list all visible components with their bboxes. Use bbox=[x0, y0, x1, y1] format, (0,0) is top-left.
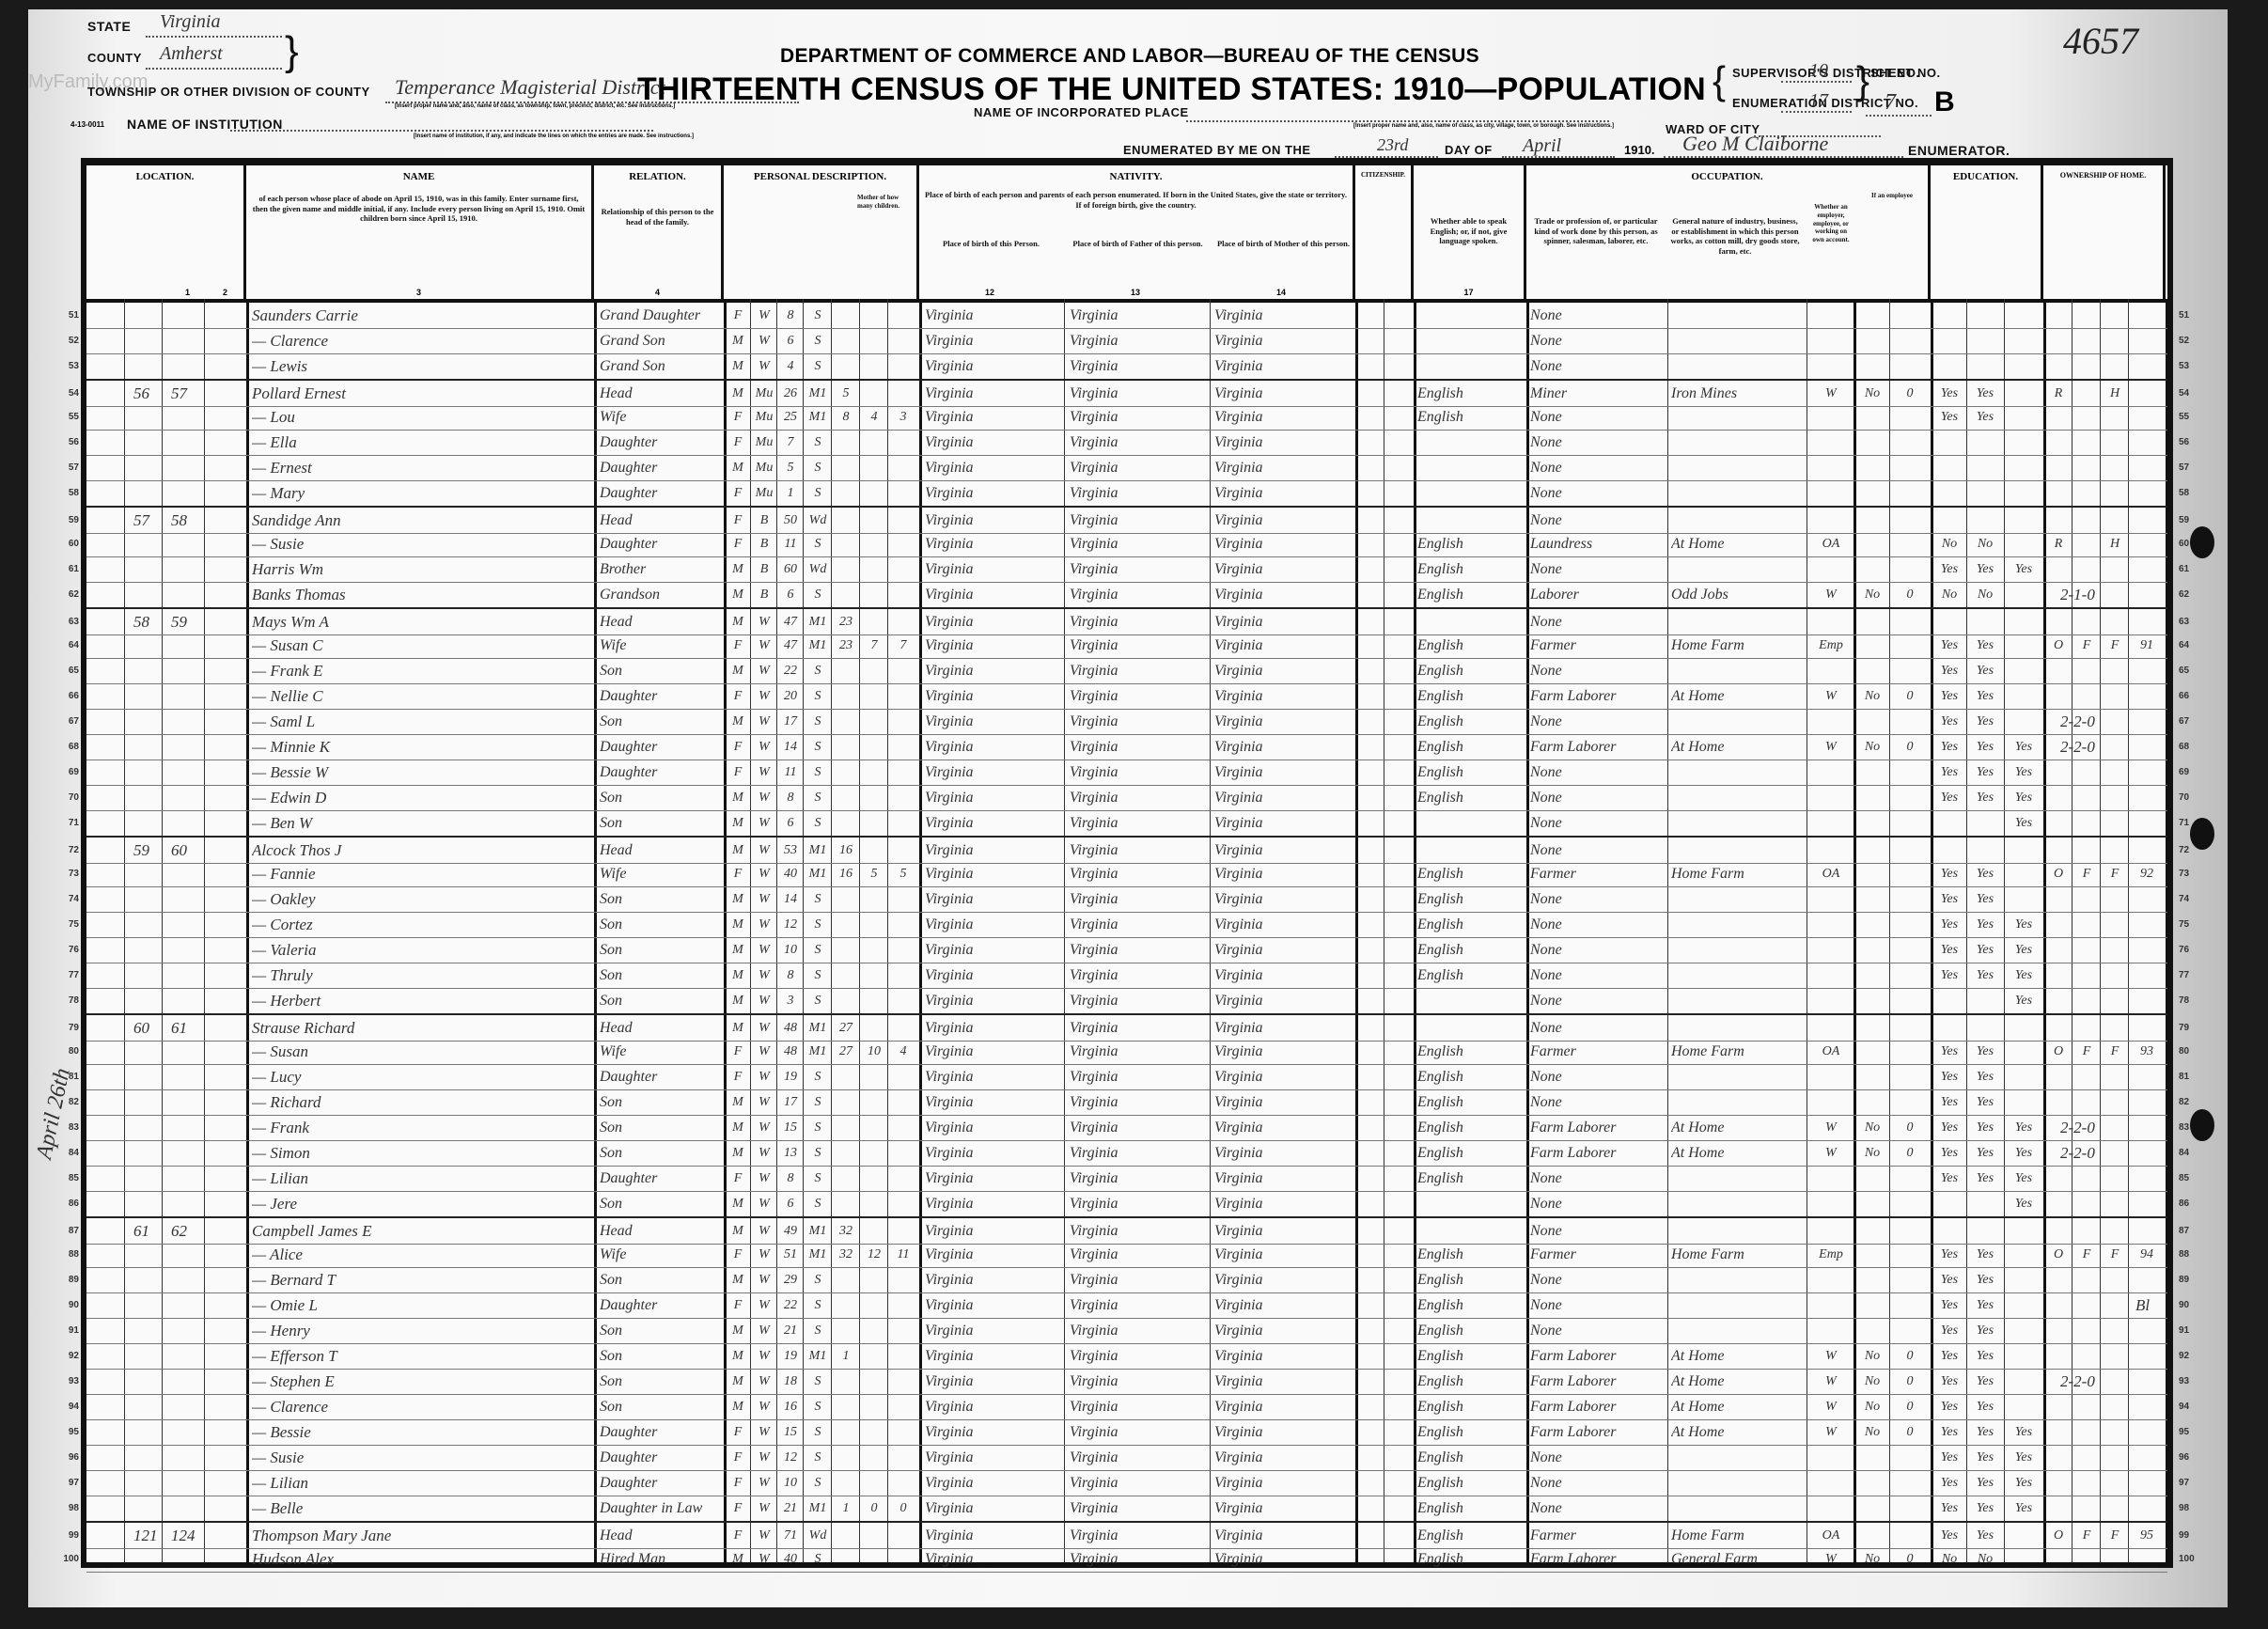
cell-write: Yes bbox=[1968, 1345, 2002, 1367]
cell-name: — Mary bbox=[252, 482, 590, 504]
cell-sex: M bbox=[726, 711, 750, 732]
cell-bp: Virginia bbox=[925, 1244, 1061, 1265]
cell-bp: Virginia bbox=[925, 1525, 1061, 1546]
cell-name: — Lilian bbox=[252, 1167, 590, 1189]
cell-name: — Valeria bbox=[252, 939, 590, 961]
cell-fam: 124 bbox=[171, 1525, 201, 1546]
table-row: 79796061Strause RichardHeadMW48M127Virgi… bbox=[86, 1013, 2167, 1042]
cell-read: Yes bbox=[1932, 1345, 1966, 1367]
cell-emp: OA bbox=[1810, 863, 1852, 885]
cell-rel: Head bbox=[600, 611, 722, 633]
cell-sex: M bbox=[726, 1269, 750, 1291]
line-number-right: 62 bbox=[2179, 582, 2213, 607]
cell-rel: Son bbox=[600, 1371, 722, 1392]
cell-fbp: Virginia bbox=[1070, 888, 1206, 910]
cell-lang: English bbox=[1417, 761, 1525, 783]
cell-name: — Omie L bbox=[252, 1294, 590, 1316]
cell-write: Yes bbox=[1968, 787, 2002, 808]
cell-ms: S bbox=[805, 1320, 831, 1341]
cell-write: Yes bbox=[1968, 888, 2002, 910]
cell-born: 7 bbox=[861, 634, 887, 656]
cell-mbp: Virginia bbox=[1214, 939, 1351, 961]
cell-race: W bbox=[752, 1269, 776, 1291]
cell-rel: Son bbox=[600, 660, 722, 681]
line-number: 76 bbox=[45, 937, 79, 963]
cell-write: Yes bbox=[1968, 1320, 2002, 1341]
cell-name: — Simon bbox=[252, 1142, 590, 1164]
cell-sex: M bbox=[726, 611, 750, 633]
cell-fbp: Virginia bbox=[1070, 863, 1206, 885]
cell-race: W bbox=[752, 1294, 776, 1316]
cell-school: Yes bbox=[2006, 939, 2041, 961]
cell-bp: Virginia bbox=[925, 1066, 1061, 1088]
cell-write: Yes bbox=[1968, 660, 2002, 681]
cell-age: 49 bbox=[778, 1220, 803, 1242]
cell-mbp: Virginia bbox=[1214, 1066, 1351, 1088]
cell-fbp: Virginia bbox=[1070, 1269, 1206, 1291]
cell-yrs: 27 bbox=[833, 1017, 859, 1039]
cell-lang: English bbox=[1417, 1167, 1525, 1189]
cell-race: W bbox=[752, 1017, 776, 1039]
cell-write: Yes bbox=[1968, 863, 2002, 885]
cell-mbp: Virginia bbox=[1214, 1017, 1351, 1039]
cell-trade: Farmer bbox=[1530, 1041, 1666, 1062]
cell-trade: Farm Laborer bbox=[1530, 1371, 1666, 1392]
cell-trade: None bbox=[1530, 509, 1666, 531]
cell-trade: None bbox=[1530, 305, 1666, 326]
location-header: LOCATION. 1 2 bbox=[86, 165, 246, 299]
table-row: 63635859Mays Wm AHeadMW47M123VirginiaVir… bbox=[86, 607, 2167, 635]
cell-bp: Virginia bbox=[925, 406, 1061, 428]
cell-sex: F bbox=[726, 1294, 750, 1316]
cell-sex: F bbox=[726, 305, 750, 326]
cell-fbp: Virginia bbox=[1070, 787, 1206, 808]
cell-mbp: Virginia bbox=[1214, 1421, 1351, 1443]
cell-lang: English bbox=[1417, 1371, 1525, 1392]
education-header: EDUCATION. bbox=[1931, 165, 2043, 299]
cell-sex: F bbox=[726, 1066, 750, 1088]
line-number-right: 87 bbox=[2179, 1218, 2213, 1244]
cell-age: 6 bbox=[778, 330, 803, 352]
cell-own: O bbox=[2045, 1041, 2072, 1062]
table-row: 5151Saunders CarrieGrand DaughterFW8SVir… bbox=[86, 303, 2167, 329]
line-number: 80 bbox=[45, 1039, 79, 1064]
cell-dw: 61 bbox=[133, 1220, 162, 1242]
cell-ms: S bbox=[805, 1396, 831, 1418]
cell-emp: W bbox=[1810, 736, 1852, 758]
cell-read: Yes bbox=[1932, 1167, 1966, 1189]
cell-ind: At Home bbox=[1671, 1345, 1805, 1367]
cell-school: Yes bbox=[2006, 787, 2041, 808]
line-number: 85 bbox=[45, 1166, 79, 1191]
line-number-right: 85 bbox=[2179, 1166, 2213, 1191]
cell-ms: M1 bbox=[805, 839, 831, 861]
cell-sex: M bbox=[726, 584, 750, 605]
cell-sex: M bbox=[726, 1345, 750, 1367]
cell-write: Yes bbox=[1968, 1269, 2002, 1291]
cell-ind: At Home bbox=[1671, 1371, 1805, 1392]
cell-race: Mu bbox=[752, 482, 776, 504]
cell-out: No bbox=[1855, 1396, 1889, 1418]
table-row: 7373— FannieWifeFW40M11655VirginiaVirgin… bbox=[86, 861, 2167, 887]
cell-write: Yes bbox=[1968, 1041, 2002, 1062]
cell-ms: S bbox=[805, 685, 831, 707]
township-label: TOWNSHIP OR OTHER DIVISION OF COUNTY bbox=[87, 85, 370, 99]
cell-out: No bbox=[1855, 383, 1889, 404]
table-row: 5353— LewisGrand SonMW4SVirginiaVirginia… bbox=[86, 353, 2167, 380]
cell-fbp: Virginia bbox=[1070, 1345, 1206, 1367]
cell-x1: 2-2-0 bbox=[2060, 1117, 2164, 1138]
cell-sex: F bbox=[726, 1447, 750, 1468]
cell-free: F bbox=[2073, 1525, 2100, 1546]
cell-age: 10 bbox=[778, 1472, 803, 1494]
cell-read: Yes bbox=[1932, 964, 1966, 986]
cell-school: Yes bbox=[2006, 1142, 2041, 1164]
cell-yrs: 16 bbox=[833, 839, 859, 861]
cell-rel: Son bbox=[600, 711, 722, 732]
cell-ind: Home Farm bbox=[1671, 1244, 1805, 1265]
cell-name: — Belle bbox=[252, 1497, 590, 1519]
cell-mbp: Virginia bbox=[1214, 584, 1351, 605]
table-row: 8181— LucyDaughterFW19SVirginiaVirginiaV… bbox=[86, 1064, 2167, 1090]
table-row: 6161Harris WmBrotherMB60WdVirginiaVirgin… bbox=[86, 556, 2167, 583]
cell-race: W bbox=[752, 1066, 776, 1088]
cell-age: 19 bbox=[778, 1066, 803, 1088]
cell-ind: At Home bbox=[1671, 1421, 1805, 1443]
cell-rel: Wife bbox=[600, 863, 722, 885]
cell-trade: None bbox=[1530, 1472, 1666, 1494]
cell-age: 25 bbox=[778, 406, 803, 428]
cell-bp: Virginia bbox=[925, 533, 1061, 555]
cell-bp: Virginia bbox=[925, 761, 1061, 783]
cell-ms: M1 bbox=[805, 1345, 831, 1367]
cell-trade: None bbox=[1530, 1091, 1666, 1113]
cell-bp: Virginia bbox=[925, 1220, 1061, 1242]
cell-name: Harris Wm bbox=[252, 558, 590, 580]
cell-rel: Son bbox=[600, 1193, 722, 1214]
cell-sex: M bbox=[726, 990, 750, 1011]
cell-race: W bbox=[752, 1091, 776, 1113]
cell-name: — Efferson T bbox=[252, 1345, 590, 1367]
cell-write: Yes bbox=[1968, 939, 2002, 961]
table-row: 6767— Saml LSonMW17SVirginiaVirginiaVirg… bbox=[86, 709, 2167, 735]
line-number: 91 bbox=[45, 1318, 79, 1343]
cell-farm: F bbox=[2102, 1041, 2128, 1062]
cell-mbp: Virginia bbox=[1214, 305, 1351, 326]
cell-rel: Daughter bbox=[600, 736, 722, 758]
cell-ms: S bbox=[805, 660, 831, 681]
cell-race: B bbox=[752, 584, 776, 605]
cell-read: Yes bbox=[1932, 939, 1966, 961]
cell-trade: Farm Laborer bbox=[1530, 1421, 1666, 1443]
cell-age: 20 bbox=[778, 685, 803, 707]
cell-lang: English bbox=[1417, 914, 1525, 935]
cell-ms: S bbox=[805, 964, 831, 986]
table-row: 9898— BelleDaughter in LawFW21M1100Virgi… bbox=[86, 1496, 2167, 1522]
cell-bp: Virginia bbox=[925, 1497, 1061, 1519]
cell-race: W bbox=[752, 863, 776, 885]
cell-name: — Saml L bbox=[252, 711, 590, 732]
cell-ms: S bbox=[805, 1548, 831, 1570]
line-number-right: 96 bbox=[2179, 1445, 2213, 1470]
cell-living: 4 bbox=[889, 1041, 917, 1062]
cell-age: 6 bbox=[778, 1193, 803, 1214]
cell-fbp: Virginia bbox=[1070, 939, 1206, 961]
cell-bp: Virginia bbox=[925, 711, 1061, 732]
cell-sched: 95 bbox=[2130, 1525, 2164, 1546]
cell-ind: Iron Mines bbox=[1671, 383, 1805, 404]
cell-trade: None bbox=[1530, 914, 1666, 935]
personal-header: PERSONAL DESCRIPTION. Mother of how many… bbox=[724, 165, 919, 299]
cell-mbp: Virginia bbox=[1214, 964, 1351, 986]
line-number: 88 bbox=[45, 1242, 79, 1267]
cell-name: — Oakley bbox=[252, 888, 590, 910]
cell-ms: M1 bbox=[805, 383, 831, 404]
cell-trade: Farm Laborer bbox=[1530, 1345, 1666, 1367]
cell-lang: English bbox=[1417, 939, 1525, 961]
line-number: 59 bbox=[45, 508, 79, 533]
cell-fbp: Virginia bbox=[1070, 1294, 1206, 1316]
table-row: 8383— FrankSonMW15SVirginiaVirginiaVirgi… bbox=[86, 1115, 2167, 1141]
cell-ms: S bbox=[805, 888, 831, 910]
punch-hole bbox=[2190, 1109, 2214, 1141]
cell-race: W bbox=[752, 888, 776, 910]
cell-bp: Virginia bbox=[925, 1472, 1061, 1494]
line-number-right: 68 bbox=[2179, 734, 2213, 760]
cell-read: Yes bbox=[1932, 1497, 1966, 1519]
cell-ms: S bbox=[805, 533, 831, 555]
incorporated-label: NAME OF INCORPORATED PLACE bbox=[974, 105, 1189, 119]
cell-wks: 0 bbox=[1891, 1548, 1929, 1570]
line-number: 75 bbox=[45, 912, 79, 937]
line-number: 64 bbox=[45, 633, 79, 658]
cell-x1: 2-2-0 bbox=[2060, 736, 2164, 758]
cell-rel: Son bbox=[600, 1320, 722, 1341]
cell-race: W bbox=[752, 736, 776, 758]
enumerated-label: ENUMERATED BY ME ON THE bbox=[1123, 143, 1311, 157]
cell-fbp: Virginia bbox=[1070, 839, 1206, 861]
line-number-right: 93 bbox=[2179, 1369, 2213, 1394]
ward-label: WARD OF CITY bbox=[1666, 122, 1760, 136]
cell-read: Yes bbox=[1932, 1525, 1966, 1546]
line-number-right: 90 bbox=[2179, 1292, 2213, 1318]
cell-bp: Virginia bbox=[925, 634, 1061, 656]
cell-farm: H bbox=[2102, 383, 2128, 404]
cell-age: 11 bbox=[778, 533, 803, 555]
line-number-right: 86 bbox=[2179, 1191, 2213, 1216]
line-number: 87 bbox=[45, 1218, 79, 1244]
cell-lang: English bbox=[1417, 1117, 1525, 1138]
cell-trade: None bbox=[1530, 482, 1666, 504]
cell-race: B bbox=[752, 509, 776, 531]
cell-age: 71 bbox=[778, 1525, 803, 1546]
cell-mbp: Virginia bbox=[1214, 1345, 1351, 1367]
cell-emp: W bbox=[1810, 584, 1852, 605]
cell-lang: English bbox=[1417, 1472, 1525, 1494]
cell-write: Yes bbox=[1968, 1396, 2002, 1418]
cell-race: W bbox=[752, 660, 776, 681]
cell-rel: Son bbox=[600, 787, 722, 808]
cell-bp: Virginia bbox=[925, 1320, 1061, 1341]
cell-own: O bbox=[2045, 863, 2072, 885]
table-row: 5858— MaryDaughterFMu1SVirginiaVirginiaV… bbox=[86, 480, 2167, 507]
cell-trade: Farm Laborer bbox=[1530, 1117, 1666, 1138]
cell-trade: Miner bbox=[1530, 383, 1666, 404]
table-row: 87876162Campbell James EHeadMW49M132Virg… bbox=[86, 1216, 2167, 1245]
cell-rel: Grandson bbox=[600, 584, 722, 605]
cell-name: — Minnie K bbox=[252, 736, 590, 758]
cell-sex: F bbox=[726, 1421, 750, 1443]
cell-name: — Clarence bbox=[252, 330, 590, 352]
line-number: 81 bbox=[45, 1064, 79, 1089]
cell-age: 22 bbox=[778, 660, 803, 681]
cell-read: Yes bbox=[1932, 787, 1966, 808]
line-number-right: 78 bbox=[2179, 988, 2213, 1013]
cell-bp: Virginia bbox=[925, 1447, 1061, 1468]
cell-sex: F bbox=[726, 509, 750, 531]
cell-sched: 92 bbox=[2130, 863, 2164, 885]
line-number: 86 bbox=[45, 1191, 79, 1216]
cell-lang: English bbox=[1417, 1345, 1525, 1367]
cell-read: Yes bbox=[1932, 914, 1966, 935]
line-number: 89 bbox=[45, 1267, 79, 1292]
cell-name: — Jere bbox=[252, 1193, 590, 1214]
table-row: 72725960Alcock Thos JHeadMW53M116Virgini… bbox=[86, 836, 2167, 864]
cell-lang: English bbox=[1417, 1142, 1525, 1164]
cell-write: Yes bbox=[1968, 1244, 2002, 1265]
cell-out: No bbox=[1855, 1117, 1889, 1138]
cell-ms: S bbox=[805, 355, 831, 377]
cell-race: W bbox=[752, 330, 776, 352]
cell-age: 1 bbox=[778, 482, 803, 504]
cell-ms: S bbox=[805, 736, 831, 758]
cell-ms: S bbox=[805, 482, 831, 504]
cell-trade: Laundress bbox=[1530, 533, 1666, 555]
cell-read: No bbox=[1932, 1548, 1966, 1570]
cell-sex: F bbox=[726, 685, 750, 707]
cell-race: W bbox=[752, 1220, 776, 1242]
table-row: 8888— AliceWifeFW51M1321211VirginiaVirgi… bbox=[86, 1242, 2167, 1268]
cell-fbp: Virginia bbox=[1070, 736, 1206, 758]
cell-mbp: Virginia bbox=[1214, 1472, 1351, 1494]
cell-trade: None bbox=[1530, 457, 1666, 478]
cell-out: No bbox=[1855, 584, 1889, 605]
line-number-right: 67 bbox=[2179, 709, 2213, 734]
cell-race: W bbox=[752, 1345, 776, 1367]
cell-sex: F bbox=[726, 1041, 750, 1062]
cell-sex: M bbox=[726, 1396, 750, 1418]
line-number-right: 97 bbox=[2179, 1470, 2213, 1496]
cell-bp: Virginia bbox=[925, 1117, 1061, 1138]
cell-race: W bbox=[752, 1244, 776, 1265]
cell-lang: English bbox=[1417, 1447, 1525, 1468]
cell-trade: None bbox=[1530, 1167, 1666, 1189]
cell-free: F bbox=[2073, 1041, 2100, 1062]
cell-mbp: Virginia bbox=[1214, 1525, 1351, 1546]
cell-name: — Bessie W bbox=[252, 761, 590, 783]
line-number: 60 bbox=[45, 531, 79, 556]
cell-name: — Nellie C bbox=[252, 685, 590, 707]
cell-lang: English bbox=[1417, 1091, 1525, 1113]
cell-own: O bbox=[2045, 1525, 2072, 1546]
cell-bp: Virginia bbox=[925, 839, 1061, 861]
cell-name: Campbell James E bbox=[252, 1220, 590, 1242]
cell-read: Yes bbox=[1932, 711, 1966, 732]
cell-bp: Virginia bbox=[925, 1142, 1061, 1164]
cell-race: W bbox=[752, 1421, 776, 1443]
line-number-right: 99 bbox=[2179, 1523, 2213, 1548]
table-row: 100100Hudson AlexHired ManMW40SVirginiaV… bbox=[86, 1546, 2167, 1573]
cell-read: Yes bbox=[1932, 1269, 1966, 1291]
table-row: 8282— RichardSonMW17SVirginiaVirginiaVir… bbox=[86, 1089, 2167, 1116]
cell-farm: F bbox=[2102, 634, 2128, 656]
cell-mbp: Virginia bbox=[1214, 1220, 1351, 1242]
cell-school: Yes bbox=[2006, 1472, 2041, 1494]
cell-trade: None bbox=[1530, 1269, 1666, 1291]
cell-race: W bbox=[752, 355, 776, 377]
cell-mbp: Virginia bbox=[1214, 685, 1351, 707]
line-number: 82 bbox=[45, 1089, 79, 1115]
cell-own: R bbox=[2045, 383, 2072, 404]
cell-out: No bbox=[1855, 1548, 1889, 1570]
cell-bp: Virginia bbox=[925, 1294, 1061, 1316]
cell-race: B bbox=[752, 558, 776, 580]
form-code: 4-13-0011 bbox=[70, 120, 104, 129]
cell-x1: 2-2-0 bbox=[2060, 1142, 2164, 1164]
cell-fbp: Virginia bbox=[1070, 305, 1206, 326]
cell-trade: None bbox=[1530, 888, 1666, 910]
line-number-right: 95 bbox=[2179, 1419, 2213, 1445]
cell-race: Mu bbox=[752, 406, 776, 428]
cell-bp: Virginia bbox=[925, 509, 1061, 531]
day-of-label: DAY OF bbox=[1445, 143, 1493, 157]
cell-sched: 94 bbox=[2130, 1244, 2164, 1265]
cell-wks: 0 bbox=[1891, 736, 1929, 758]
cell-rel: Son bbox=[600, 812, 722, 834]
cell-name: — Lucy bbox=[252, 1066, 590, 1088]
cell-fbp: Virginia bbox=[1070, 914, 1206, 935]
cell-wks: 0 bbox=[1891, 1117, 1929, 1138]
cell-rel: Head bbox=[600, 1017, 722, 1039]
cell-sex: M bbox=[726, 1017, 750, 1039]
cell-trade: None bbox=[1530, 1294, 1666, 1316]
cell-fbp: Virginia bbox=[1070, 1320, 1206, 1341]
cell-born: 12 bbox=[861, 1244, 887, 1265]
cell-write: Yes bbox=[1968, 1371, 2002, 1392]
name-header: NAME of each person whose place of abode… bbox=[246, 165, 594, 299]
line-number-right: 77 bbox=[2179, 963, 2213, 988]
cell-fbp: Virginia bbox=[1070, 634, 1206, 656]
cell-rel: Wife bbox=[600, 1244, 722, 1265]
cell-read: Yes bbox=[1932, 1142, 1966, 1164]
cell-yrs: 16 bbox=[833, 863, 859, 885]
cell-yrs: 23 bbox=[833, 634, 859, 656]
cell-sex: F bbox=[726, 1167, 750, 1189]
cell-bp: Virginia bbox=[925, 863, 1061, 885]
cell-dw: 60 bbox=[133, 1017, 162, 1039]
cell-own: O bbox=[2045, 634, 2072, 656]
line-number: 53 bbox=[45, 353, 79, 379]
cell-age: 8 bbox=[778, 305, 803, 326]
cell-mbp: Virginia bbox=[1214, 761, 1351, 783]
cell-wks: 0 bbox=[1891, 1142, 1929, 1164]
cell-write: Yes bbox=[1968, 685, 2002, 707]
cell-name: — Frank E bbox=[252, 660, 590, 681]
table-row: 8989— Bernard TSonMW29SVirginiaVirginiaV… bbox=[86, 1267, 2167, 1293]
cell-ms: M1 bbox=[805, 1244, 831, 1265]
line-number: 68 bbox=[45, 734, 79, 760]
cell-rel: Son bbox=[600, 1142, 722, 1164]
